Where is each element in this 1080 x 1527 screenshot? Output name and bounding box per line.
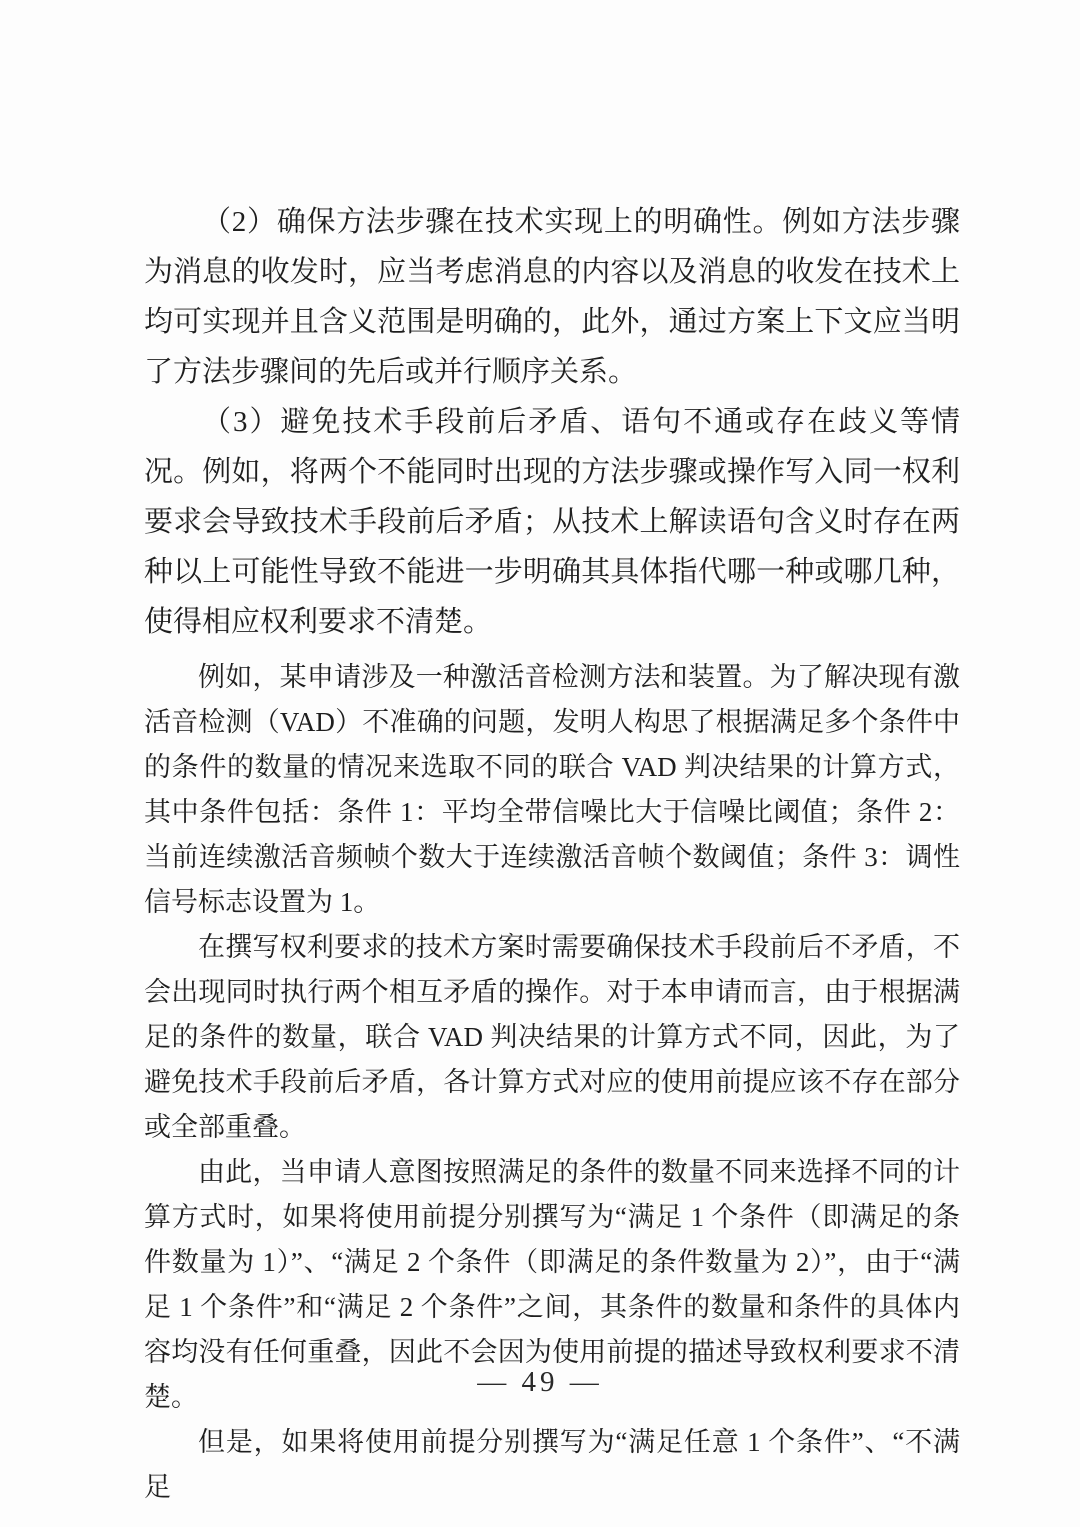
paragraph-example-vad-intro: 例如，某申请涉及一种激活音检测方法和装置。为了解决现有激活音检测（VAD）不准确… [144, 655, 960, 925]
page-number: — 49 — [477, 1366, 603, 1398]
paragraph-example-unclear-case: 但是，如果将使用前提分别撰写为“满足任意 1 个条件”、“不满足 [144, 1420, 960, 1510]
page-content: （2）确保方法步骤在技术实现上的明确性。例如方法步骤为消息的收发时，应当考虑消息… [144, 197, 960, 1510]
paragraph-example-drafting-requirement: 在撰写权利要求的技术方案时需要确保技术手段前后不矛盾，不会出现同时执行两个相互矛… [144, 925, 960, 1150]
paragraph-point-2: （2）确保方法步骤在技术实现上的明确性。例如方法步骤为消息的收发时，应当考虑消息… [144, 197, 960, 397]
document-page: （2）确保方法步骤在技术实现上的明确性。例如方法步骤为消息的收发时，应当考虑消息… [0, 0, 1080, 1527]
page-footer: — 49 — [0, 1366, 1080, 1399]
paragraph-point-3: （3）避免技术手段前后矛盾、语句不通或存在歧义等情况。例如，将两个不能同时出现的… [144, 397, 960, 647]
